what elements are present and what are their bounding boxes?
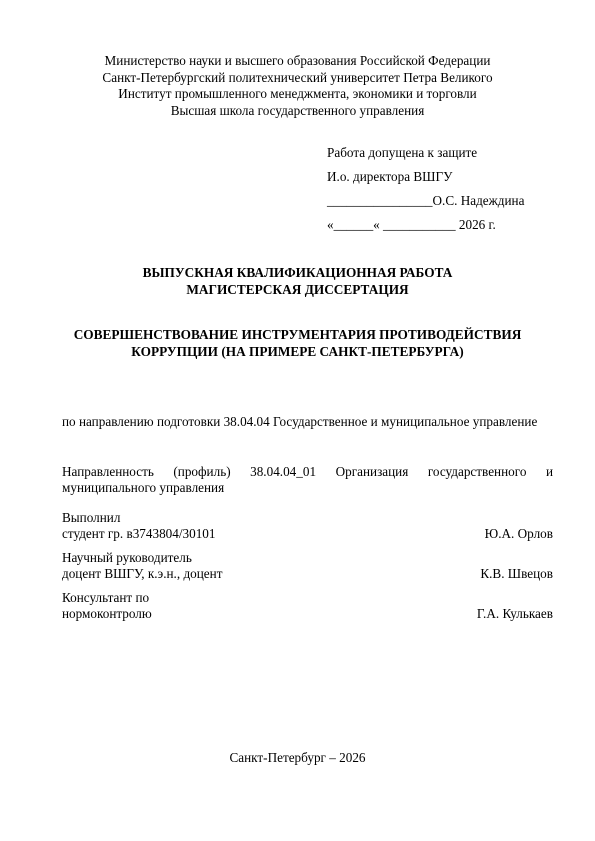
- city-year: Санкт-Петербург – 2026: [0, 750, 595, 766]
- institution-header: Министерство науки и высшего образования…: [0, 53, 595, 119]
- signatory-norm-control: Консультант по нормоконтролю Г.А. Кулька…: [62, 590, 553, 622]
- approval-signature-line: ________________О.С. Надеждина: [327, 193, 567, 217]
- study-profile: Направленность (профиль) 38.04.04_01 Орг…: [62, 464, 553, 496]
- ministry-line: Министерство науки и высшего образования…: [0, 53, 595, 70]
- topic-line1: СОВЕРШЕНСТВОВАНИЕ ИНСТРУМЕНТАРИЯ ПРОТИВО…: [0, 327, 595, 344]
- signatory-role-detail: доцент ВШГУ, к.э.н., доцент: [62, 566, 222, 582]
- signatory-name: Г.А. Кулькаев: [477, 606, 553, 622]
- approval-director-title: И.о. директора ВШГУ: [327, 169, 567, 193]
- signatories: Выполнил студент гр. в3743804/30101 Ю.А.…: [62, 510, 553, 622]
- university-line: Санкт-Петербургский политехнический унив…: [0, 70, 595, 87]
- signatory-role: Научный руководитель: [62, 550, 553, 566]
- signature-blank: ________________: [327, 193, 433, 208]
- approval-statement: Работа допущена к защите: [327, 145, 567, 169]
- approval-date-line: «______« ___________ 2026 г.: [327, 217, 567, 241]
- school-line: Высшая школа государственного управления: [0, 103, 595, 120]
- signatory-role: Выполнил: [62, 510, 553, 526]
- thesis-topic: СОВЕРШЕНСТВОВАНИЕ ИНСТРУМЕНТАРИЯ ПРОТИВО…: [0, 327, 595, 360]
- signatory-name: Ю.А. Орлов: [485, 526, 553, 542]
- signatory-supervisor: Научный руководитель доцент ВШГУ, к.э.н.…: [62, 550, 553, 582]
- signatory-role-detail: нормоконтролю: [62, 606, 152, 622]
- study-direction: по направлению подготовки 38.04.04 Госуд…: [62, 414, 553, 430]
- work-type-line1: ВЫПУСКНАЯ КВАЛИФИКАЦИОННАЯ РАБОТА: [0, 265, 595, 282]
- signatory-role: Консультант по: [62, 590, 553, 606]
- signatory-role-detail: студент гр. в3743804/30101: [62, 526, 216, 542]
- work-type: ВЫПУСКНАЯ КВАЛИФИКАЦИОННАЯ РАБОТА МАГИСТ…: [0, 265, 595, 298]
- director-name: О.С. Надеждина: [433, 193, 525, 208]
- institute-line: Институт промышленного менеджмента, экон…: [0, 86, 595, 103]
- work-type-line2: МАГИСТЕРСКАЯ ДИССЕРТАЦИЯ: [0, 282, 595, 299]
- topic-line2: КОРРУПЦИИ (НА ПРИМЕРЕ САНКТ-ПЕТЕРБУРГА): [0, 344, 595, 361]
- signatory-name: К.В. Швецов: [480, 566, 553, 582]
- approval-block: Работа допущена к защите И.о. директора …: [327, 145, 567, 241]
- signatory-student: Выполнил студент гр. в3743804/30101 Ю.А.…: [62, 510, 553, 542]
